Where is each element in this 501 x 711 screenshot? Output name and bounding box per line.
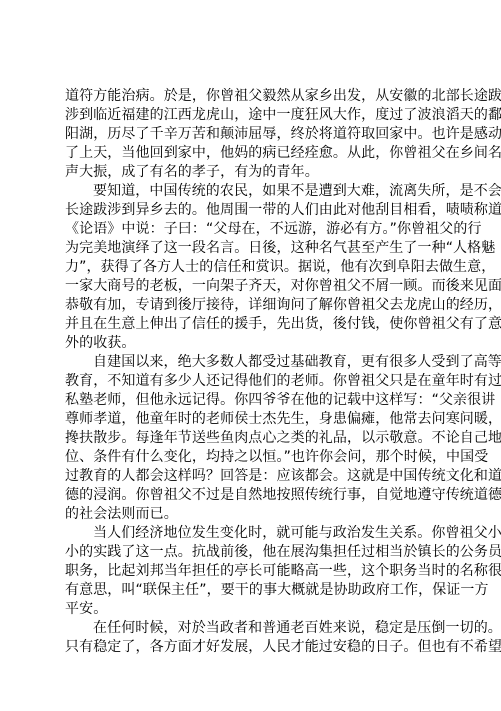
text-line: 力”，获得了各方人士的信任和赏识。据说，他有次到阜阳去做生意， xyxy=(65,258,450,277)
text-line: 阳湖，历尽了千辛万苦和颠沛屈辱，终於将道符取回家中。也许是感动 xyxy=(65,125,450,144)
text-line: 搀扶散步。每逢年节送些鱼肉点心之类的礼品，以示敬意。不论自己地 xyxy=(65,429,450,448)
paragraph-2: 要知道，中国传统的农民，如果不是遭到大难，流离失所，是不会 长途跋涉到异乡去的。… xyxy=(65,182,450,353)
paragraph-3: 自建国以来，绝大多数人都受过基础教育，更有很多人受到了高等 教育，不知道有多少人… xyxy=(65,353,450,524)
text-line: 声大振，成了有名的孝子，有为的青年。 xyxy=(65,163,450,182)
text-line: 位、条件有什么变化，均持之以恒。”也许你会问，那个时候，中国受 xyxy=(65,448,450,467)
text-line: 尊师孝道，他童年时的老师侯士杰先生，身患偏瘫，他常去问寒问暖， xyxy=(65,410,450,429)
text-line: 一家大商号的老板，一向架子齐天，对你曾祖父不屑一顾。而後来见面， xyxy=(65,277,450,296)
text-line: 长途跋涉到异乡去的。他周围一带的人们由此对他刮目相看，啧啧称道。 xyxy=(65,201,450,220)
text-line: 教育，不知道有多少人还记得他们的老师。你曾祖父只是在童年时有过 xyxy=(65,372,450,391)
text-line: 德的浸润。你曾祖父不过是自然地按照传统行事，自觉地遵守传统道德 xyxy=(65,486,450,505)
text-line: 为完美地演绎了这一段名言。日後，这种名气甚至产生了一种“人格魅 xyxy=(65,239,450,258)
paragraph-1: 道符方能治病。於是，你曾祖父毅然从家乡出发，从安徽的北部长途跋 涉到临近福建的江… xyxy=(65,87,450,182)
document-page: 道符方能治病。於是，你曾祖父毅然从家乡出发，从安徽的北部长途跋 涉到临近福建的江… xyxy=(65,87,450,657)
text-line: 当人们经济地位发生变化时，就可能与政治发生关系。你曾祖父小 xyxy=(65,524,450,543)
text-line: 只有稳定了，各方面才好发展，人民才能过安稳的日子。但也有不希望 xyxy=(65,638,450,657)
text-line: 涉到临近福建的江西龙虎山，途中一度狂风大作，度过了波浪滔天的鄱 xyxy=(65,106,450,125)
paragraph-5: 在任何时候，对於当政者和普通老百姓来说，稳定是压倒一切的。 只有稳定了，各方面才… xyxy=(65,619,450,657)
text-line: 平安。 xyxy=(65,600,450,619)
text-line: 恭敬有加，专请到後厅接待，详细询问了解你曾祖父去龙虎山的经历， xyxy=(65,296,450,315)
text-line: 《论语》中说：子曰：“父母在，不远游，游必有方。”你曾祖父的行 xyxy=(65,220,450,239)
text-line: 要知道，中国传统的农民，如果不是遭到大难，流离失所，是不会 xyxy=(65,182,450,201)
text-line: 在任何时候，对於当政者和普通老百姓来说，稳定是压倒一切的。 xyxy=(65,619,450,638)
text-line: 外的收获。 xyxy=(65,334,450,353)
text-line: 职务，比起刘邦当年担任的亭长可能略高一些，这个职务当时的名称很 xyxy=(65,562,450,581)
text-line: 自建国以来，绝大多数人都受过基础教育，更有很多人受到了高等 xyxy=(65,353,450,372)
text-line: 过教育的人都会这样吗？回答是：应该都会。这就是中国传统文化和道 xyxy=(65,467,450,486)
text-line: 有意思，叫“联保主任”，要干的事大概就是协助政府工作，保证一方 xyxy=(65,581,450,600)
text-line: 并且在生意上伸出了信任的援手，先出货，後付钱，使你曾祖父有了意 xyxy=(65,315,450,334)
paragraph-4: 当人们经济地位发生变化时，就可能与政治发生关系。你曾祖父小 小的实践了这一点。抗… xyxy=(65,524,450,619)
text-line: 了上天，当他回到家中，他妈的病已经痊愈。从此，你曾祖父在乡间名 xyxy=(65,144,450,163)
text-line: 的社会法则而已。 xyxy=(65,505,450,524)
text-line: 私塾老师，但他永远记得。你四爷爷在他的记载中这样写：“父亲很讲 xyxy=(65,391,450,410)
text-line: 小的实践了这一点。抗战前後，他在展沟集担任过相当於镇长的公务员 xyxy=(65,543,450,562)
text-line: 道符方能治病。於是，你曾祖父毅然从家乡出发，从安徽的北部长途跋 xyxy=(65,87,450,106)
